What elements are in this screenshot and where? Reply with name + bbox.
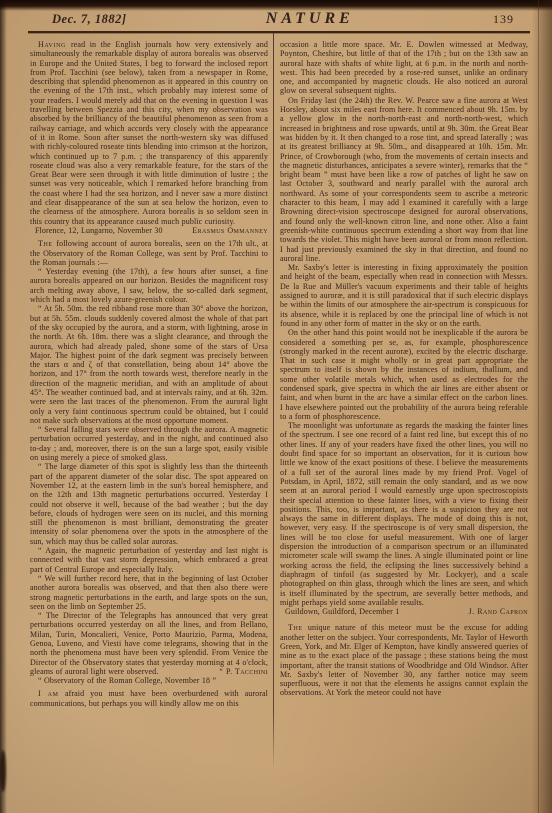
paragraph: “ Several falling stars were observed th… [30,425,268,462]
paragraph: “ Yesterday evening (the 17th), a few ho… [30,267,268,304]
paragraph: “ The large diameter of this spot is sli… [30,462,268,546]
paragraph-with-signature: “ The Director of the Telegraphs has ann… [30,611,268,676]
paragraph: “ At 5h. 50m. the red ribband rose more … [30,304,268,425]
paragraph: “ Again, the magnetic perturbation of ye… [30,546,268,574]
paragraph-with-signature: Guildown, Guildford, December 1J. Rand C… [280,607,528,616]
paragraph: The following account of aurora borealis… [30,239,268,267]
lead-word: The [288,623,308,632]
paragraph: occasion a little more space. Mr. E. Dow… [280,40,528,96]
journal-page: Dec. 7, 1882] NATURE 139 Having read in … [0,0,552,813]
page-edge-crease [538,0,539,813]
scan-edge-right [532,0,552,813]
signature: J. Rand Capron [458,607,528,616]
paragraph: The unique nature of this meteor must be… [280,623,528,697]
running-header: Dec. 7, 1882] NATURE 139 [30,10,528,28]
paragraph: On the other hand this point would not b… [280,328,528,421]
header-rule [28,31,530,33]
signature: Erasmus Ommanney [178,226,268,235]
journal-title: NATURE [266,10,354,28]
right-column: occasion a little more space. Mr. E. Dow… [280,40,528,698]
paragraph: Mr. Saxby's letter is interesting in fix… [280,263,528,328]
header-date: Dec. 7, 1882] [52,12,127,27]
scan-edge-left [0,0,7,813]
paragraph-with-signature: Having read in the English journals how … [30,40,268,226]
left-column: Having read in the English journals how … [30,40,268,708]
ink-smudge [0,750,6,792]
paragraph: The moonlight was unfortunate as regards… [280,421,528,607]
paragraph: I am afraid you must have been overburde… [30,689,268,708]
paragraph: On Friday last (the 24th) the Rev. W. Pe… [280,96,528,263]
lead-word: Having [38,40,71,49]
paragraph: “ We will further record here, that in t… [30,574,268,611]
page-number: 139 [493,12,514,27]
lead-word: I am [38,689,65,698]
lead-word: The [38,239,56,248]
paragraph: “ Observatory of the Roman College, Nove… [30,676,268,685]
signature: “ P. Tacchini [205,667,268,676]
text-columns: Having read in the English journals how … [30,40,528,813]
